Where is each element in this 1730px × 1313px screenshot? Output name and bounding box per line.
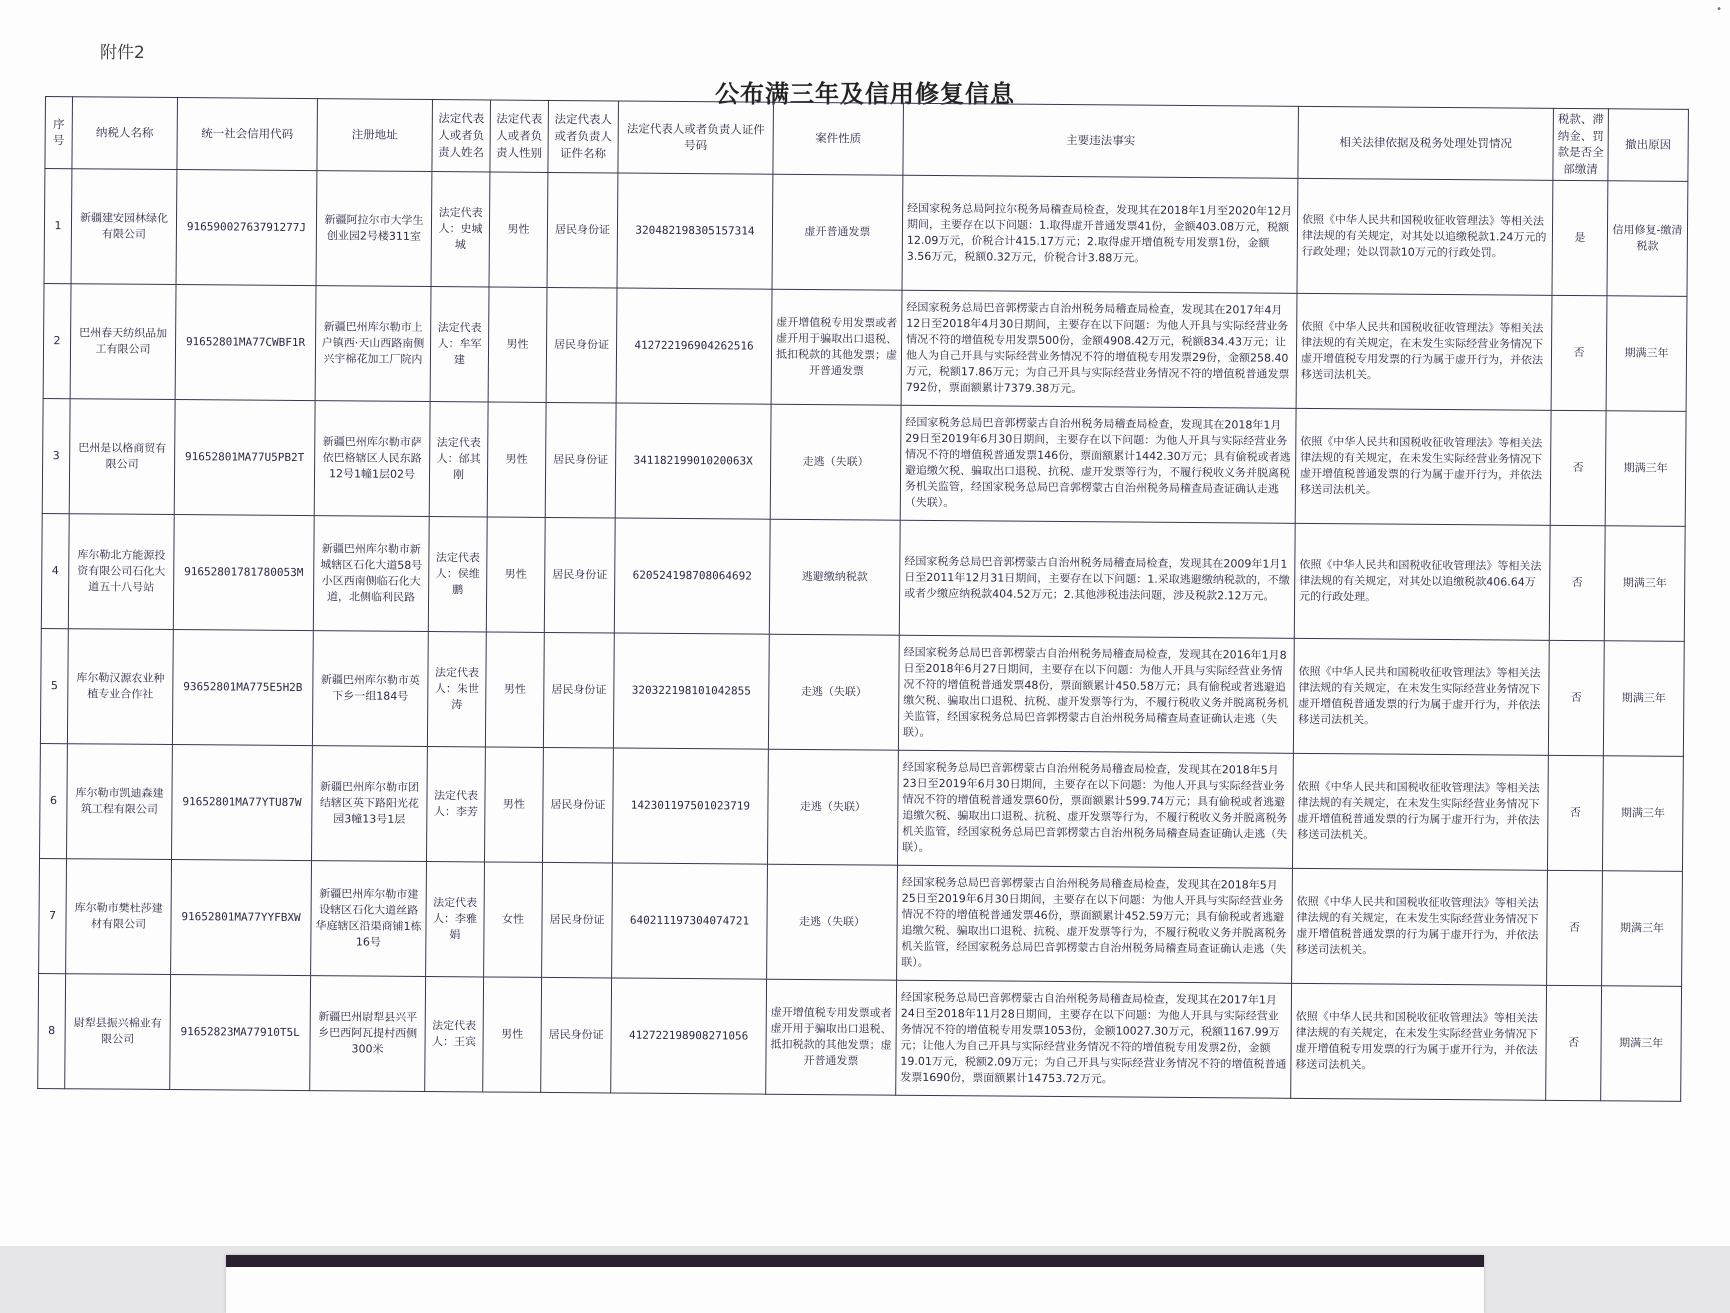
legal-basis: 依照《中华人民共和国税收征收管理法》等相关法律法规的有关规定，在未发生实际经营业… (1292, 868, 1548, 985)
removal-reason: 期满三年 (1605, 410, 1686, 526)
legal-basis: 依照《中华人民共和国税收征收管理法》等相关法律法规的有关规定，在未发生实际经营业… (1295, 408, 1551, 525)
representative-gender: 男性 (489, 172, 548, 287)
column-header: 序号 (45, 97, 73, 169)
row-number: 3 (42, 398, 70, 513)
taxpayer-name: 库尔勒北方能源投资有限公司石化大道五十八号站 (68, 513, 174, 629)
column-header: 主要违法事实 (903, 103, 1299, 178)
paid-in-full: 是 (1552, 180, 1608, 295)
representative-name: 法定代表人：邰其刚 (429, 401, 488, 516)
credit-code: 91652801781780053M (173, 514, 314, 630)
id-type: 居民身份证 (543, 632, 614, 748)
case-type: 逃避缴纳税款 (769, 519, 900, 635)
case-type: 走逃（失联） (770, 404, 901, 520)
credit-code: 91652801MA77U5PB2T (174, 399, 315, 515)
representative-gender: 男性 (485, 632, 544, 747)
credit-code: 91652801MA77YTU87W (172, 744, 313, 860)
representative-gender: 男性 (486, 517, 545, 632)
registered-address: 新疆巴州库尔勒市英下乡一组184号 (312, 630, 428, 746)
paid-in-full: 否 (1549, 525, 1605, 640)
case-type: 走逃（失联） (767, 749, 898, 865)
table-row: 8尉犁县振兴棉业有限公司91652823MA77910T5L新疆巴州尉犁县兴平乡… (38, 973, 1682, 1101)
taxpayer-name: 巴州春天纺织品加工有限公司 (70, 283, 176, 399)
registered-address: 新疆巴州库尔勒市萨依巴格辖区人民东路12号1幢1层02号 (314, 400, 430, 516)
taxpayer-name: 尉犁县振兴棉业有限公司 (65, 973, 171, 1089)
row-number: 7 (39, 858, 67, 973)
credit-code: 91652801MA77CWBF1R (175, 284, 316, 400)
id-number: 412722196904262516 (616, 288, 772, 404)
id-number: 412722198908271056 (611, 978, 767, 1094)
representative-gender: 男性 (487, 402, 546, 517)
representative-name: 法定代表人：李雅娟 (426, 861, 485, 976)
case-type: 虚开增值税专用发票或者虚开用于骗取出口退税、抵扣税款的其他发票；虚开普通发票 (766, 979, 897, 1095)
id-number: 142301197501023719 (612, 748, 768, 864)
row-number: 5 (40, 628, 68, 743)
representative-gender: 男性 (485, 747, 544, 862)
representative-gender: 男性 (483, 977, 542, 1092)
representative-gender: 女性 (484, 862, 543, 977)
table-body: 1新疆建安园林绿化有限公司91659002763791277J新疆阿拉尔市大学生… (38, 168, 1688, 1101)
removal-reason: 期满三年 (1601, 985, 1682, 1101)
id-number: 320322198101042855 (613, 633, 769, 749)
credit-code: 93652801MA775E5H2B (172, 629, 313, 745)
violation-facts: 经国家税务总局巴音郭楞蒙古自治州税务局稽查局检查，发现其在2018年5月25日至… (897, 865, 1293, 983)
removal-reason: 期满三年 (1603, 640, 1684, 756)
removal-reason: 期满三年 (1602, 755, 1683, 871)
registered-address: 新疆巴州库尔勒市上户镇西·天山西路南侧兴宇棉花加工厂院内 (315, 285, 431, 401)
violation-facts: 经国家税务总局巴音郭楞蒙古自治州税务局稽查局检查，发现其在2009年1月1日至2… (899, 520, 1295, 638)
table-row: 7库尔勒市樊杜莎建材有限公司91652801MA77YYFBXW新疆巴州库尔勒市… (39, 858, 1683, 986)
column-header: 案件性质 (773, 102, 904, 175)
paid-in-full: 否 (1551, 295, 1607, 410)
row-number: 8 (38, 973, 66, 1088)
legal-basis: 依照《中华人民共和国税收征收管理法》等相关法律法规的有关规定，在未发生实际经营业… (1296, 293, 1552, 410)
registered-address: 新疆巴州库尔勒市团结辖区英下路阳光花园3幢13号1层 (312, 745, 428, 861)
violation-facts: 经国家税务总局巴音郭楞蒙古自治州税务局稽查局检查，发现其在2017年4月12日至… (901, 290, 1297, 408)
column-header: 法定代表人或者负责人证件号码 (618, 101, 774, 174)
next-page-preview[interactable] (226, 1255, 1484, 1313)
case-type: 虚开增值税专用发票或者虚开用于骗取出口退税、抵扣税款的其他发票；虚开普通发票 (771, 289, 902, 405)
legal-basis: 依照《中华人民共和国税收征收管理法》等相关法律法规的有关规定，在未发生实际经营业… (1292, 753, 1548, 870)
credit-code: 91659002763791277J (176, 169, 317, 285)
case-type: 虚开普通发票 (772, 174, 903, 290)
scanned-page: 附件2 公布满三年及信用修复信息 序号纳税人名称统一社会信用代码注册地址法定代表… (0, 0, 1730, 1246)
table-row: 1新疆建安园林绿化有限公司91659002763791277J新疆阿拉尔市大学生… (44, 168, 1688, 296)
legal-basis: 依照《中华人民共和国税收征收管理法》等相关法律法规的有关规定，对其处以追缴税款4… (1294, 523, 1550, 640)
column-header: 统一社会信用代码 (177, 98, 318, 171)
removal-reason: 期满三年 (1606, 295, 1687, 411)
legal-basis: 依照《中华人民共和国税收征收管理法》等相关法律法规的有关规定，在未发生实际经营业… (1291, 983, 1547, 1100)
representative-name: 法定代表人：牟军建 (430, 286, 489, 401)
violation-facts: 经国家税务总局巴音郭楞蒙古自治州税务局稽查局检查，发现其在2016年1月8日至2… (898, 635, 1294, 753)
registered-address: 新疆巴州库尔勒市新城辖区石化大道58号小区西南侧临石化大道，北侧临利民路 (313, 515, 429, 631)
taxpayer-name: 巴州是以格商贸有限公司 (69, 398, 175, 514)
table-header-row: 序号纳税人名称统一社会信用代码注册地址法定代表人或者负责人姓名法定代表人或者负责… (45, 97, 1689, 182)
table-row: 5库尔勒汉源农业种植专业合作社93652801MA775E5H2B新疆巴州库尔勒… (40, 628, 1684, 756)
id-type: 居民身份证 (542, 747, 613, 863)
taxpayer-name: 库尔勒市凯迪森建筑工程有限公司 (67, 743, 173, 859)
records-table: 序号纳税人名称统一社会信用代码注册地址法定代表人或者负责人姓名法定代表人或者负责… (37, 96, 1689, 1102)
taxpayer-name: 新疆建安园林绿化有限公司 (71, 168, 177, 284)
column-header: 注册地址 (317, 99, 433, 172)
column-header: 撤出原因 (1608, 109, 1689, 181)
column-header: 法定代表人或者负责人姓名 (432, 100, 491, 172)
id-number: 34118219901020063X (615, 403, 771, 519)
id-type: 居民身份证 (542, 862, 613, 978)
column-header: 法定代表人或者负责人证件名称 (548, 100, 619, 172)
registered-address: 新疆阿拉尔市大学生创业园2号楼311室 (316, 170, 432, 286)
id-number: 320482198305157314 (617, 173, 773, 289)
column-header: 相关法律依据及税务处理处罚情况 (1298, 106, 1554, 180)
id-type: 居民身份证 (546, 287, 617, 403)
id-number: 620524198708064692 (614, 518, 770, 634)
next-page-top-edge (226, 1255, 1484, 1267)
representative-name: 法定代表人：王宾 (425, 976, 484, 1091)
column-header: 纳税人名称 (72, 97, 178, 170)
paid-in-full: 否 (1547, 755, 1603, 870)
row-number: 2 (43, 283, 71, 398)
violation-facts: 经国家税务总局阿拉尔税务局稽查局检查，发现其在2018年1月至2020年12月期… (902, 175, 1298, 293)
credit-code: 91652823MA77910T5L (170, 974, 311, 1090)
paid-in-full: 否 (1548, 640, 1604, 755)
row-number: 4 (41, 513, 69, 628)
table-row: 4库尔勒北方能源投资有限公司石化大道五十八号站91652801781780053… (41, 513, 1685, 641)
column-header: 税款、滞纳金、罚款是否全部缴清 (1553, 108, 1609, 180)
paid-in-full: 否 (1547, 870, 1603, 985)
row-number: 6 (40, 743, 68, 858)
removal-reason: 期满三年 (1604, 525, 1685, 641)
removal-reason: 期满三年 (1602, 870, 1683, 986)
legal-basis: 依照《中华人民共和国税收征收管理法》等相关法律法规的有关规定，对其处以追缴税款1… (1297, 178, 1553, 295)
registered-address: 新疆巴州尉犁县兴平乡巴西阿瓦提村西侧300米 (310, 975, 426, 1091)
table-row: 6库尔勒市凯迪森建筑工程有限公司91652801MA77YTU87W新疆巴州库尔… (40, 743, 1684, 871)
id-number: 640211197304074721 (612, 863, 768, 979)
id-type: 居民身份证 (545, 402, 616, 518)
table-row: 2巴州春天纺织品加工有限公司91652801MA77CWBF1R新疆巴州库尔勒市… (43, 283, 1687, 411)
row-number: 1 (44, 168, 72, 283)
paid-in-full: 否 (1546, 985, 1602, 1100)
case-type: 走逃（失联） (767, 864, 898, 980)
violation-facts: 经国家税务总局巴音郭楞蒙古自治州税务局稽查局检查，发现其在2017年1月24日至… (896, 980, 1292, 1098)
scan-corner-mark: • (1716, 4, 1722, 15)
column-header: 法定代表人或者负责人性别 (490, 100, 549, 172)
attachment-label: 附件2 (100, 38, 145, 63)
id-type: 居民身份证 (544, 517, 615, 633)
representative-name: 法定代表人：李芳 (427, 746, 486, 861)
violation-facts: 经国家税务总局巴音郭楞蒙古自治州税务局稽查局检查，发现其在2018年1月29日至… (900, 405, 1296, 523)
table-row: 3巴州是以格商贸有限公司91652801MA77U5PB2T新疆巴州库尔勒市萨依… (42, 398, 1686, 526)
legal-basis: 依照《中华人民共和国税收征收管理法》等相关法律法规的有关规定，在未发生实际经营业… (1293, 638, 1549, 755)
representative-gender: 男性 (488, 287, 547, 402)
representative-name: 法定代表人：朱世涛 (427, 631, 486, 746)
taxpayer-name: 库尔勒汉源农业种植专业合作社 (67, 628, 173, 744)
removal-reason: 信用修复-缴清税款 (1607, 180, 1688, 296)
credit-code: 91652801MA77YYFBXW (171, 859, 312, 975)
id-type: 居民身份证 (547, 172, 618, 288)
representative-name: 法定代表人：侯维鹏 (428, 516, 487, 631)
case-type: 走逃（失联） (768, 634, 899, 750)
registered-address: 新疆巴州库尔勒市建设辖区石化大道丝路华庭辖区沿渠商铺1栋16号 (311, 860, 427, 976)
paid-in-full: 否 (1550, 410, 1606, 525)
id-type: 居民身份证 (541, 977, 612, 1093)
taxpayer-name: 库尔勒市樊杜莎建材有限公司 (66, 858, 172, 974)
violation-facts: 经国家税务总局巴音郭楞蒙古自治州税务局稽查局检查，发现其在2018年5月23日至… (897, 750, 1293, 868)
representative-name: 法定代表人：史城城 (431, 171, 490, 286)
